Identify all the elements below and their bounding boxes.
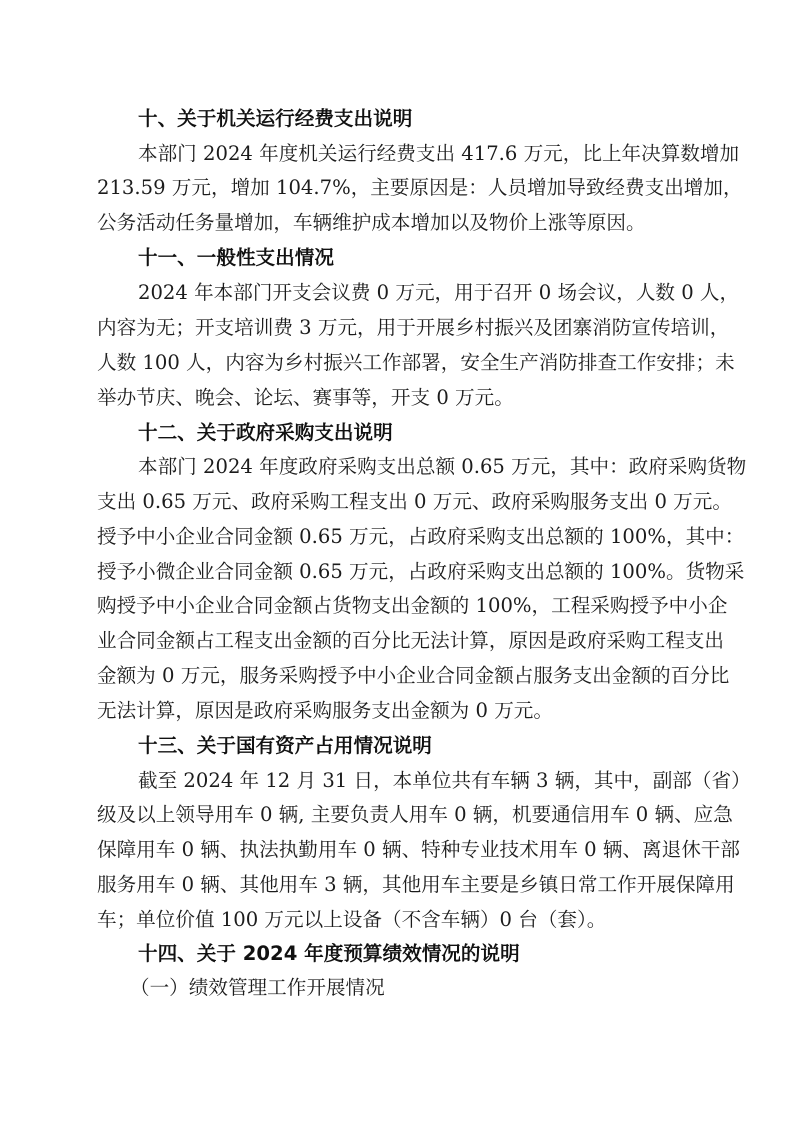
paragraph-line: 支出 0.65 万元、政府采购工程支出 0 万元、政府采购服务支出 0 万元。 bbox=[97, 487, 694, 517]
paragraph-line: 业合同金额占工程支出金额的百分比无法计算，原因是政府采购工程支出 bbox=[97, 626, 694, 656]
paragraph-line: 无法计算，原因是政府采购服务支出金额为 0 万元。 bbox=[97, 696, 694, 726]
paragraph-line: 举办节庆、晚会、论坛、赛事等，开支 0 万元。 bbox=[97, 383, 694, 413]
paragraph-line: 截至 2024 年 12 月 31 日，本单位共有车辆 3 辆，其中，副部（省） bbox=[138, 766, 694, 796]
paragraph-line: 公务活动任务量增加，车辆维护成本增加以及物价上涨等原因。 bbox=[97, 208, 694, 238]
subsection-heading-performance-management: （一）绩效管理工作开展情况 bbox=[130, 973, 690, 1003]
paragraph-line: 授予小微企业合同金额 0.65 万元，占政府采购支出总额的 100%。货物采 bbox=[97, 557, 694, 587]
paragraph-line: 人数 100 人，内容为乡村振兴工作部署，安全生产消防排查工作安排；未 bbox=[97, 348, 694, 378]
section-heading-general-expenses: 十一、一般性支出情况 bbox=[138, 243, 698, 273]
section-heading-operating-expenses: 十、关于机关运行经费支出说明 bbox=[138, 104, 698, 134]
paragraph-line: 保障用车 0 辆、执法执勤用车 0 辆、特种专业技术用车 0 辆、离退休干部 bbox=[97, 835, 694, 865]
paragraph-line: 购授予中小企业合同金额占货物支出金额的 100%，工程采购授予中小企 bbox=[97, 591, 694, 621]
paragraph-line: 本部门 2024 年度机关运行经费支出 417.6 万元，比上年决算数增加 bbox=[138, 139, 694, 169]
paragraph-line: 服务用车 0 辆、其他用车 3 辆，其他用车主要是乡镇日常工作开展保障用 bbox=[97, 870, 694, 900]
paragraph-line: 213.59 万元，增加 104.7%，主要原因是：人员增加导致经费支出增加， bbox=[97, 173, 694, 203]
paragraph-line: 车；单位价值 100 万元以上设备（不含车辆）0 台（套）。 bbox=[97, 905, 694, 935]
section-heading-budget-performance: 十四、关于 2024 年度预算绩效情况的说明 bbox=[138, 939, 698, 969]
paragraph-line: 授予中小企业合同金额 0.65 万元，占政府采购支出总额的 100%，其中： bbox=[97, 522, 694, 552]
paragraph-line: 2024 年本部门开支会议费 0 万元，用于召开 0 场会议，人数 0 人， bbox=[138, 278, 694, 308]
paragraph-line: 金额为 0 万元，服务采购授予中小企业合同金额占服务支出金额的百分比 bbox=[97, 661, 694, 691]
section-heading-government-procurement: 十二、关于政府采购支出说明 bbox=[138, 418, 698, 448]
paragraph-line: 级及以上领导用车 0 辆, 主要负责人用车 0 辆，机要通信用车 0 辆、应急 bbox=[97, 800, 694, 830]
document-page: 十、关于机关运行经费支出说明 本部门 2024 年度机关运行经费支出 417.6… bbox=[0, 0, 793, 1122]
section-heading-state-assets: 十三、关于国有资产占用情况说明 bbox=[138, 731, 698, 761]
paragraph-line: 内容为无；开支培训费 3 万元，用于开展乡村振兴及团寨消防宣传培训， bbox=[97, 313, 694, 343]
paragraph-line: 本部门 2024 年度政府采购支出总额 0.65 万元，其中：政府采购货物 bbox=[138, 452, 694, 482]
